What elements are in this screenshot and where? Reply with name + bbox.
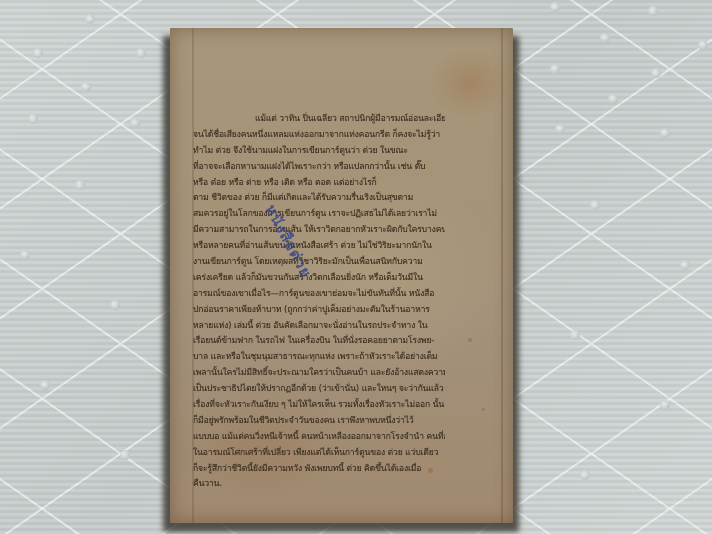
quilt-button bbox=[20, 250, 30, 260]
blurb-line: บาล และหรือในชุมนุมสาธารณะทุกแห่ง เพราะถ… bbox=[193, 350, 445, 366]
quilt-button bbox=[680, 260, 690, 270]
quilt-button bbox=[85, 14, 95, 24]
blurb-line: เรือยนต์ข้ามฟาก ในรถไฟ ในเครื่องบิน ในที… bbox=[193, 334, 445, 350]
quilt-button bbox=[28, 114, 38, 124]
quilt-button bbox=[651, 68, 661, 78]
quilt-button bbox=[570, 330, 580, 340]
blurb-line: ปกอ่อนราคาเพียงห้าบาท (ถูกกว่าค่าปูเค็มอ… bbox=[193, 303, 445, 319]
blurb-line: หลายแห่ง) เล่มนี้ ต่วย อันคัดเลือกมาจะนั… bbox=[193, 319, 445, 335]
quilt-button bbox=[698, 40, 708, 50]
blurb-line: หรือหลายคนที่อ่านเส้นขนในหนังสือเศร้า ต่… bbox=[193, 239, 445, 255]
blurb-line: มีความสามารถในการอ่านเส้น ให้เราวิตกอยาก… bbox=[193, 223, 445, 239]
blurb-line: แม้แต่ วาทิน ปิ่นเฉลียว สถาปนิกผู้มีอารม… bbox=[193, 112, 445, 128]
blurb-line: ที่อาจจะเลือกหานามแฝงได้ไพเราะกว่า หรือแ… bbox=[193, 160, 445, 176]
cover-edge-crease bbox=[501, 28, 503, 523]
foxing-stain bbox=[482, 408, 485, 411]
foxing-stain bbox=[468, 338, 472, 342]
blurb-line: เป็นประชาธิปไตยให้ปรากฏอีกด้วย (ว่าเข้าน… bbox=[193, 382, 445, 398]
blurb-line: จนได้ชื่อเสียงคนหนึ่งแหลมแห่งออกมาจากแท่… bbox=[193, 128, 445, 144]
blurb-line: ตาม ชีวิตของ ต่วย ก็มีแต่เกิดและได้รับคว… bbox=[193, 191, 445, 207]
quilt-button bbox=[130, 118, 140, 128]
blurb-line: งานเขียนการ์ตูน โดยเหตุผลที่วิชาวิริยะมั… bbox=[193, 255, 445, 271]
blurb-line: ก็จะรู้สึกว่าชีวิตนี้ยังมีความหวัง พังเพ… bbox=[193, 462, 445, 478]
blurb-line: ในอารมณ์โศกเศร้าที่เปลี่ยว เพียงแต่ได้เห… bbox=[193, 446, 445, 462]
blurb-line: เคร่งเครียด แล้วก็มันขวนกันสร้างวิตกเลือ… bbox=[193, 271, 445, 287]
quilt-button bbox=[136, 48, 146, 58]
quilt-button bbox=[120, 450, 130, 460]
blurb-line: เพลานั้นใครไม่มีสิทธิ์จะประณามใครว่าเป็น… bbox=[193, 366, 445, 382]
quilt-button bbox=[550, 64, 560, 74]
quilt-button bbox=[608, 94, 618, 104]
blurb-line: ก็มีอยู่พรักพร้อมในชีวิตประจำวันของคน เร… bbox=[193, 414, 445, 430]
quilt-button bbox=[75, 180, 85, 190]
quilt-button bbox=[33, 48, 43, 58]
quilt-button bbox=[40, 380, 50, 390]
quilt-button bbox=[600, 33, 610, 43]
quilt-button bbox=[550, 2, 560, 12]
book-back-cover: แม้แต่ วาทิน ปิ่นเฉลียว สถาปนิกผู้มีอารม… bbox=[170, 28, 513, 523]
quilt-button bbox=[590, 200, 600, 210]
quilt-button bbox=[81, 82, 91, 92]
quilt-button bbox=[580, 470, 590, 480]
quilt-button bbox=[660, 400, 670, 410]
quilt-button bbox=[660, 128, 670, 138]
quilt-button bbox=[648, 6, 658, 16]
quilt-button bbox=[555, 124, 565, 134]
back-cover-blurb: แม้แต่ วาทิน ปิ่นเฉลียว สถาปนิกผู้มีอารม… bbox=[193, 112, 445, 493]
quilt-button bbox=[110, 300, 120, 310]
blurb-line: เรื่องที่จะหัวเราะกันเงียบ ๆ ไม่ให้ใครเห… bbox=[193, 398, 445, 414]
blurb-line: ทำไม ต่วย จึงใช้นามแฝงในการเขียนการ์ตูนว… bbox=[193, 144, 445, 160]
blurb-line: คืนวาน. bbox=[193, 477, 445, 493]
blurb-line: แบบบอ แม้แต่คนวิ่งหนีเจ้าหนี้ คนหน้าเหลื… bbox=[193, 430, 445, 446]
blurb-line: อารมณ์ของเขาเมื่อไร—การ์ตูนของเขาย่อมจะไ… bbox=[193, 287, 445, 303]
blurb-line: สมควรอยู่ในโลกของการเขียนการ์ตูน เราจะปฏ… bbox=[193, 207, 445, 223]
blurb-line: หรือ ต๋อย หรือ ต่าย หรือ เติด หรือ ตอด แ… bbox=[193, 176, 445, 192]
